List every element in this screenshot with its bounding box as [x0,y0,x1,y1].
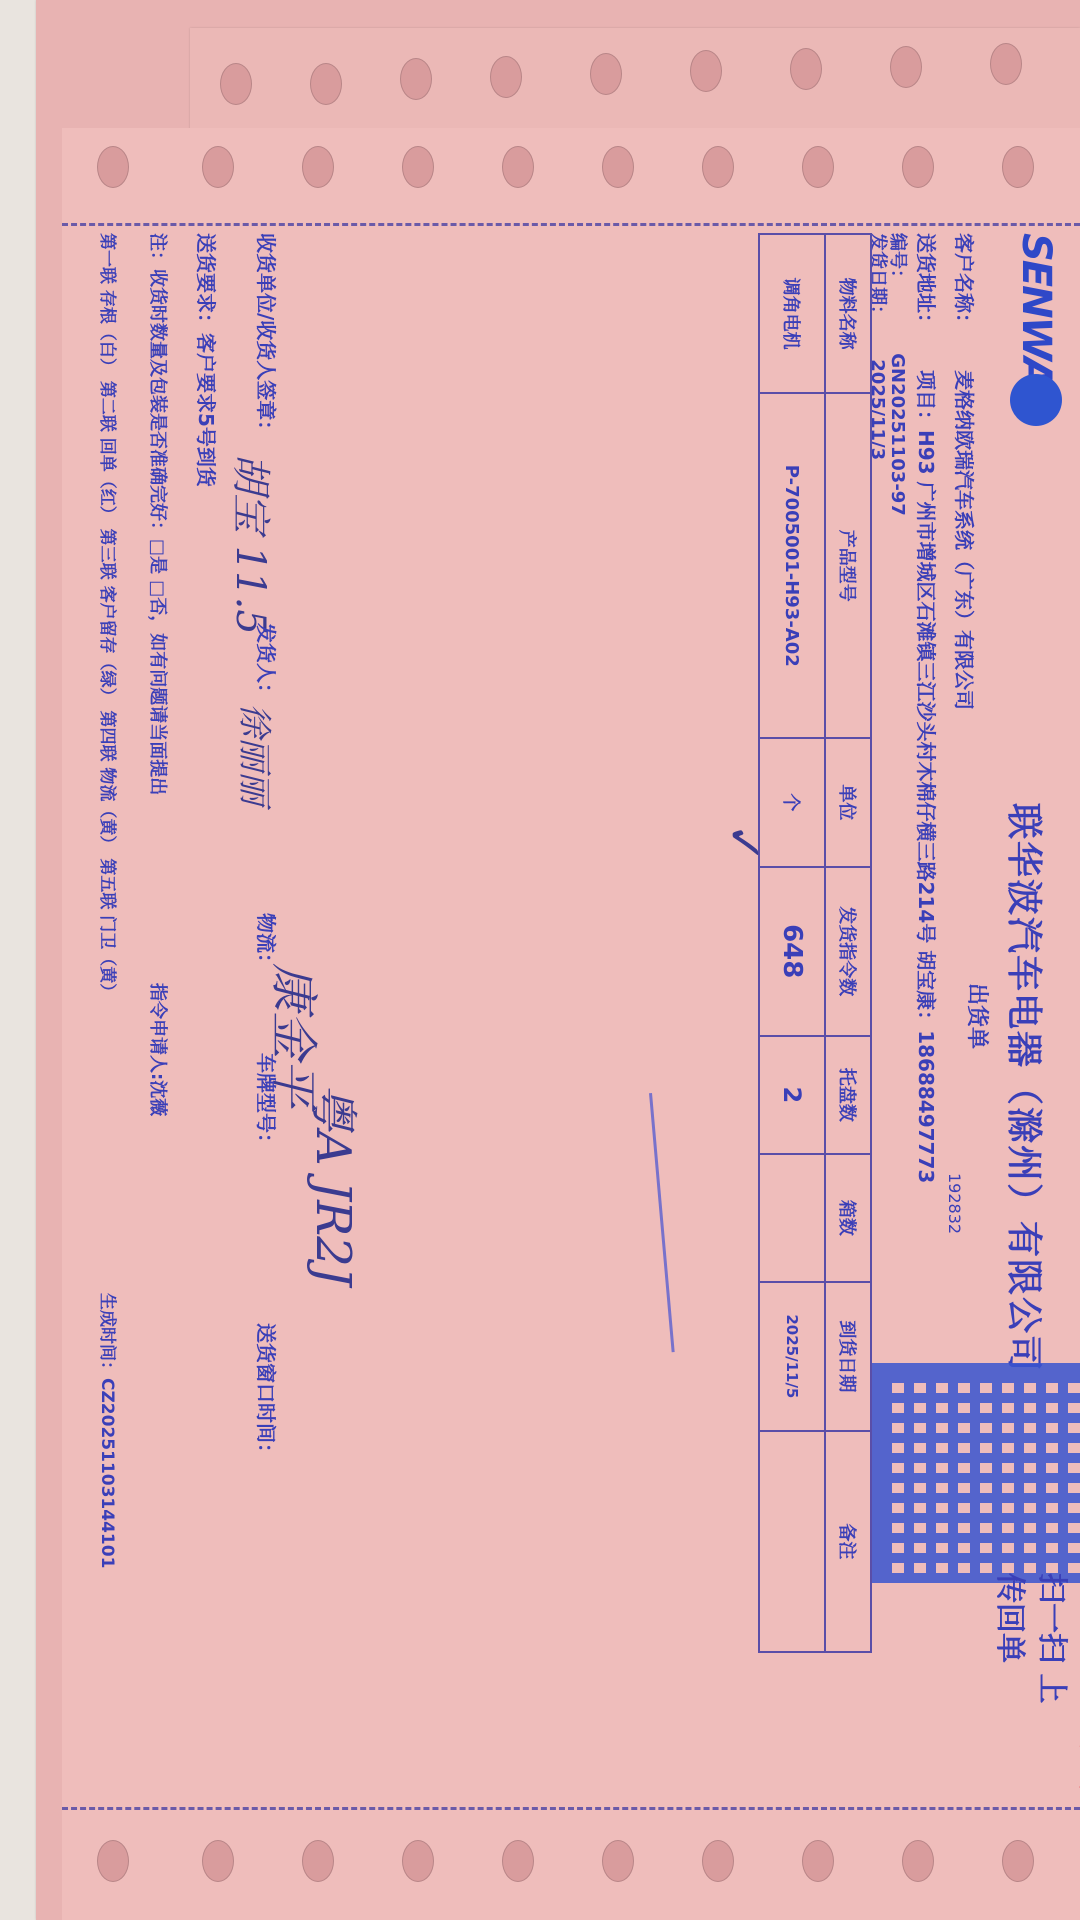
cell-quantity: 648 [759,867,825,1036]
col-quantity: 发货指令数 [825,867,871,1036]
feed-hole [590,53,622,95]
feed-hole [302,146,334,188]
company-title: 联华波汽车电器（滁州）有限公司 [1001,803,1052,1373]
feed-hole [402,1840,434,1882]
top-feed-strip [62,128,1080,218]
feed-hole [502,146,534,188]
items-table: 物料名称 产品型号 单位 发货指令数 托盘数 箱数 到货日期 备注 调角电机 P… [758,233,872,1653]
delivery-note-sheet: SENWA 联华波汽车电器（滁州）有限公司 出货单 192832 扫一扫 上传回… [62,128,1080,1920]
copies-legend: 第一联 存根（白） 第二联 回单（红） 第三联 客户留存（绿） 第四联 物流（黄… [97,233,122,1000]
qr-code-icon[interactable] [872,1363,1080,1583]
scan-upload-label: 扫一扫 上传回单 [988,1573,1072,1713]
feed-hole [790,48,822,90]
company-logo: SENWA [1010,233,1062,473]
customer-name: 麦格纳欧瑞汽车系统（广东）有限公司 [952,370,976,710]
col-boxes: 箱数 [825,1154,871,1282]
feed-hole [490,56,522,98]
feed-hole [690,50,722,92]
receiver-signature: 胡宝 11.5 [225,453,282,635]
col-pallets: 托盘数 [825,1036,871,1154]
col-remarks: 备注 [825,1431,871,1652]
generated-time: 生成时间：CZ20251103144101 [97,1293,122,1568]
col-material-name: 物料名称 [825,234,871,393]
feed-hole [990,43,1022,85]
cell-pallets: 2 [759,1036,825,1154]
customer-label: 客户名称： [952,233,976,333]
feed-hole [220,63,252,105]
feed-hole [802,1840,834,1882]
applicant: 指令申请人:沈薇 [146,983,172,1116]
cell-arrival-date: 2025/11/5 [759,1282,825,1431]
shipper-label: 发货人： [253,623,282,703]
delivery-requirement: 送货要求：客户要求5号到货 [193,233,222,487]
feed-hole [890,46,922,88]
delivery-window-label: 送货窗口时间： [253,1323,282,1463]
feed-hole [402,146,434,188]
col-unit: 单位 [825,738,871,866]
feed-hole [1002,1840,1034,1882]
plate-handwriting: 粤A JR2J [303,1083,372,1286]
feed-hole [702,146,734,188]
feed-hole [602,1840,634,1882]
col-model: 产品型号 [825,393,871,738]
table-header-row: 物料名称 产品型号 单位 发货指令数 托盘数 箱数 到货日期 备注 [825,234,871,1652]
logo-globe-icon [1010,374,1062,426]
shipper-signature: 徐丽丽 [233,703,282,805]
feed-hole [1002,146,1034,188]
feed-hole [202,1840,234,1882]
col-arrival-date: 到货日期 [825,1282,871,1431]
cell-remarks [759,1431,825,1652]
receiver-label: 收货单位/收货人签章： [253,233,282,440]
cell-model: P-7005001-H93-A02 [759,393,825,738]
feed-hole [802,146,834,188]
feed-hole [602,146,634,188]
checkmark-icon: ✓ [716,823,772,863]
plate-label: 车牌型号： [253,1053,282,1153]
under-sheet-strip [190,28,1080,138]
table-row: 调角电机 P-7005001-H93-A02 个 648 2 2025/11/5 [759,234,825,1652]
cell-material-name: 调角电机 [759,234,825,393]
feed-hole [902,1840,934,1882]
document-body: SENWA 联华波汽车电器（滁州）有限公司 出货单 192832 扫一扫 上传回… [62,223,1072,1873]
feed-hole [502,1840,534,1882]
feed-hole [97,146,129,188]
logo-text: SENWA [1013,233,1059,386]
address-label: 送货地址： [914,233,938,333]
document-type: 出货单 [963,983,994,1049]
feed-hole [202,146,234,188]
feed-hole [702,1840,734,1882]
feed-hole [310,63,342,105]
feed-hole [902,146,934,188]
address-value: 项目：H93 广州市增城区石滩镇三江沙头村木棉仔横三路214号 胡宝康：1868… [914,370,938,1183]
bottom-feed-strip [62,1810,1080,1900]
cell-boxes [759,1154,825,1282]
feed-hole [302,1840,334,1882]
feed-hole [400,58,432,100]
feed-hole [97,1840,129,1882]
serial-number: 192832 [945,1173,964,1234]
note-line: 注：收货时数量及包装是否准确完好：□是 □否，如有问题请当面提出 [146,233,172,795]
pen-stroke [649,1093,675,1352]
